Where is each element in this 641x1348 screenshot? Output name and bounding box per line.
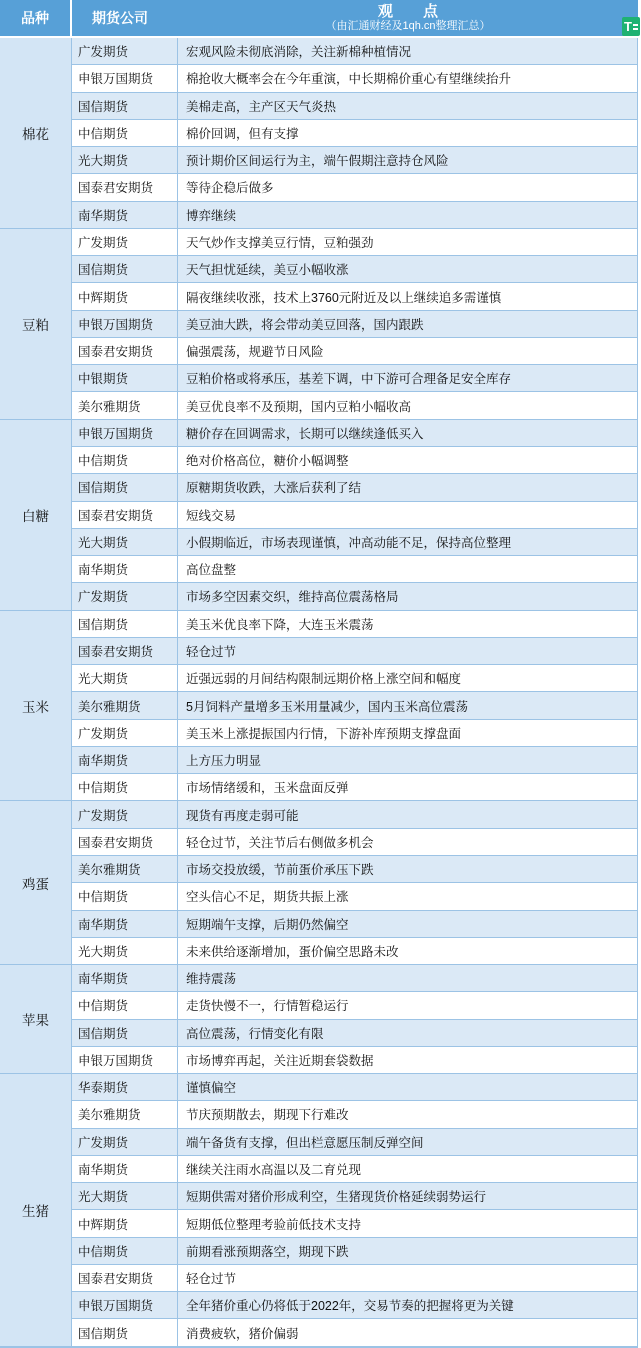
viewpoint-cell: 消费疲软，猪价偏弱 <box>178 1319 637 1346</box>
company-cell: 广发期货 <box>72 720 178 747</box>
table-body: 棉花广发期货宏观风险未彻底消除，关注新棉种植情况申银万国期货棉抢收大概率会在今年… <box>0 38 638 1348</box>
table-header: 品种 期货公司 观 点 （由汇通财经及1qh.cn整理汇总） <box>0 0 638 38</box>
viewpoint-cell: 等待企稳后做多 <box>178 174 637 201</box>
viewpoint-cell: 空头信心不足，期货共振上涨 <box>178 883 637 910</box>
viewpoint-cell: 未来供给逐渐增加，蛋价偏空思路未改 <box>178 938 637 965</box>
company-cell: 广发期货 <box>72 229 178 256</box>
viewpoint-cell: 短线交易 <box>178 502 637 529</box>
company-cell: 申银万国期货 <box>72 1047 178 1074</box>
variety-cell-3: 玉米 <box>0 611 72 802</box>
variety-cell-6: 生猪 <box>0 1074 72 1347</box>
company-cell: 南华期货 <box>72 556 178 583</box>
company-cell: 中信期货 <box>72 992 178 1019</box>
company-cell: 中银期货 <box>72 365 178 392</box>
company-cell: 中信期货 <box>72 1238 178 1265</box>
company-cell: 南华期货 <box>72 202 178 229</box>
header-viewpoint-title: 观 点 <box>178 3 638 20</box>
company-cell: 国泰君安期货 <box>72 1265 178 1292</box>
company-cell: 中辉期货 <box>72 283 178 310</box>
viewpoint-cell: 偏强震荡，规避节日风险 <box>178 338 637 365</box>
company-cell: 中信期货 <box>72 883 178 910</box>
company-cell: 国泰君安期货 <box>72 174 178 201</box>
company-cell: 申银万国期货 <box>72 311 178 338</box>
text-filter-icon[interactable]: T <box>622 17 640 36</box>
variety-cell-2: 白糖 <box>0 420 72 611</box>
company-cell: 中信期货 <box>72 447 178 474</box>
viewpoint-cell: 美豆优良率不及预期，国内豆粕小幅收高 <box>178 392 637 419</box>
text-filter-icon-bars <box>633 24 638 30</box>
company-cell: 国信期货 <box>72 256 178 283</box>
company-cell: 中信期货 <box>72 120 178 147</box>
viewpoint-cell: 绝对价格高位，糖价小幅调整 <box>178 447 637 474</box>
viewpoint-cell: 高位震荡，行情变化有限 <box>178 1020 637 1047</box>
viewpoint-cell: 小假期临近，市场表现谨慎，冲高动能不足，保持高位整理 <box>178 529 637 556</box>
viewpoint-cell: 轻仓过节 <box>178 638 637 665</box>
company-cell: 中信期货 <box>72 774 178 801</box>
variety-cell-4: 鸡蛋 <box>0 801 72 965</box>
viewpoint-cell: 走货快慢不一，行情暂稳运行 <box>178 992 637 1019</box>
viewpoint-cell: 上方压力明显 <box>178 747 637 774</box>
futures-opinion-table: 品种 期货公司 观 点 （由汇通财经及1qh.cn整理汇总） T 棉花广发期货宏… <box>0 0 641 1348</box>
company-cell: 申银万国期货 <box>72 1292 178 1319</box>
company-cell: 光大期货 <box>72 1183 178 1210</box>
company-cell: 广发期货 <box>72 583 178 610</box>
company-cell: 国信期货 <box>72 1319 178 1346</box>
company-cell: 国信期货 <box>72 1020 178 1047</box>
company-cell: 国信期货 <box>72 611 178 638</box>
viewpoint-cell: 美棉走高，主产区天气炎热 <box>178 93 637 120</box>
company-cell: 美尔雅期货 <box>72 1101 178 1128</box>
variety-cell-5: 苹果 <box>0 965 72 1074</box>
company-cell: 广发期货 <box>72 1129 178 1156</box>
viewpoint-cell: 市场交投放缓，节前蛋价承压下跌 <box>178 856 637 883</box>
viewpoint-cell: 美玉米上涨提振国内行情，下游补库预期支撑盘面 <box>178 720 637 747</box>
viewpoint-cell: 糖价存在回调需求，长期可以继续逢低买入 <box>178 420 637 447</box>
viewpoint-cell: 预计期价区间运行为主，端午假期注意持仓风险 <box>178 147 637 174</box>
viewpoint-cell: 谨慎偏空 <box>178 1074 637 1101</box>
viewpoint-cell: 宏观风险未彻底消除，关注新棉种植情况 <box>178 38 637 65</box>
viewpoint-cell: 现货有再度走弱可能 <box>178 801 637 828</box>
viewpoint-cell: 市场博弈再起，关注近期套袋数据 <box>178 1047 637 1074</box>
viewpoint-cell: 短期供需对猪价形成利空，生猪现货价格延续弱势运行 <box>178 1183 637 1210</box>
company-cell: 申银万国期货 <box>72 65 178 92</box>
viewpoint-cell: 高位盘整 <box>178 556 637 583</box>
company-cell: 申银万国期货 <box>72 420 178 447</box>
viewpoint-cell: 轻仓过节，关注节后右侧做多机会 <box>178 829 637 856</box>
viewpoint-cell: 近强远弱的月间结构限制远期价格上涨空间和幅度 <box>178 665 637 692</box>
company-cell: 南华期货 <box>72 965 178 992</box>
company-cell: 国信期货 <box>72 93 178 120</box>
company-cell: 国信期货 <box>72 474 178 501</box>
company-cell: 华泰期货 <box>72 1074 178 1101</box>
viewpoint-cell: 天气担忧延续，美豆小幅收涨 <box>178 256 637 283</box>
header-variety: 品种 <box>0 0 72 36</box>
company-cell: 光大期货 <box>72 147 178 174</box>
viewpoint-cell: 市场多空因素交织，维持高位震荡格局 <box>178 583 637 610</box>
viewpoint-cell: 5月饲料产量增多玉米用量减少，国内玉米高位震荡 <box>178 692 637 719</box>
company-cell: 美尔雅期货 <box>72 392 178 419</box>
company-cell: 南华期货 <box>72 911 178 938</box>
viewpoint-cell: 天气炒作支撑美豆行情，豆粕强劲 <box>178 229 637 256</box>
header-rest: 期货公司 观 点 （由汇通财经及1qh.cn整理汇总） <box>72 0 638 36</box>
company-cell: 美尔雅期货 <box>72 856 178 883</box>
viewpoint-cell: 全年猪价重心仍将低于2022年，交易节奏的把握将更为关键 <box>178 1292 637 1319</box>
viewpoint-cell: 隔夜继续收涨，技术上3760元附近及以上继续追多需谨慎 <box>178 283 637 310</box>
viewpoint-cell: 市场情绪缓和，玉米盘面反弹 <box>178 774 637 801</box>
viewpoint-cell: 前期看涨预期落空，期现下跌 <box>178 1238 637 1265</box>
viewpoint-cell: 博弈继续 <box>178 202 637 229</box>
viewpoint-cell: 美豆油大跌，将会带动美豆回落，国内跟跌 <box>178 311 637 338</box>
company-cell: 光大期货 <box>72 938 178 965</box>
company-cell: 国泰君安期货 <box>72 829 178 856</box>
viewpoint-cell: 棉价回调，但有支撑 <box>178 120 637 147</box>
viewpoint-cell: 短期端午支撑，后期仍然偏空 <box>178 911 637 938</box>
company-cell: 南华期货 <box>72 1156 178 1183</box>
company-cell: 国泰君安期货 <box>72 638 178 665</box>
company-cell: 广发期货 <box>72 38 178 65</box>
company-cell: 广发期货 <box>72 801 178 828</box>
text-filter-icon-glyph: T <box>624 20 632 33</box>
viewpoint-cell: 节庆预期散去，期现下行难改 <box>178 1101 637 1128</box>
company-cell: 光大期货 <box>72 665 178 692</box>
company-cell: 中辉期货 <box>72 1210 178 1237</box>
viewpoint-cell: 原糖期货收跌，大涨后获利了结 <box>178 474 637 501</box>
variety-cell-1: 豆粕 <box>0 229 72 420</box>
header-company: 期货公司 <box>92 0 148 36</box>
viewpoint-cell: 端午备货有支撑，但出栏意愿压制反弹空间 <box>178 1129 637 1156</box>
header-viewpoint-subtitle: （由汇通财经及1qh.cn整理汇总） <box>178 20 638 33</box>
viewpoint-cell: 美玉米优良率下降，大连玉米震荡 <box>178 611 637 638</box>
variety-cell-0: 棉花 <box>0 38 72 229</box>
viewpoint-cell: 豆粕价格或将承压，基差下调，中下游可合理备足安全库存 <box>178 365 637 392</box>
company-cell: 国泰君安期货 <box>72 502 178 529</box>
viewpoint-cell: 继续关注雨水高温以及二育兑现 <box>178 1156 637 1183</box>
company-cell: 国泰君安期货 <box>72 338 178 365</box>
company-cell: 南华期货 <box>72 747 178 774</box>
viewpoint-cell: 维持震荡 <box>178 965 637 992</box>
company-cell: 光大期货 <box>72 529 178 556</box>
header-viewpoint: 观 点 （由汇通财经及1qh.cn整理汇总） <box>178 0 638 36</box>
company-cell: 美尔雅期货 <box>72 692 178 719</box>
viewpoint-cell: 棉抢收大概率会在今年重演，中长期棉价重心有望继续抬升 <box>178 65 637 92</box>
viewpoint-cell: 轻仓过节 <box>178 1265 637 1292</box>
viewpoint-cell: 短期低位整理考验前低技术支持 <box>178 1210 637 1237</box>
